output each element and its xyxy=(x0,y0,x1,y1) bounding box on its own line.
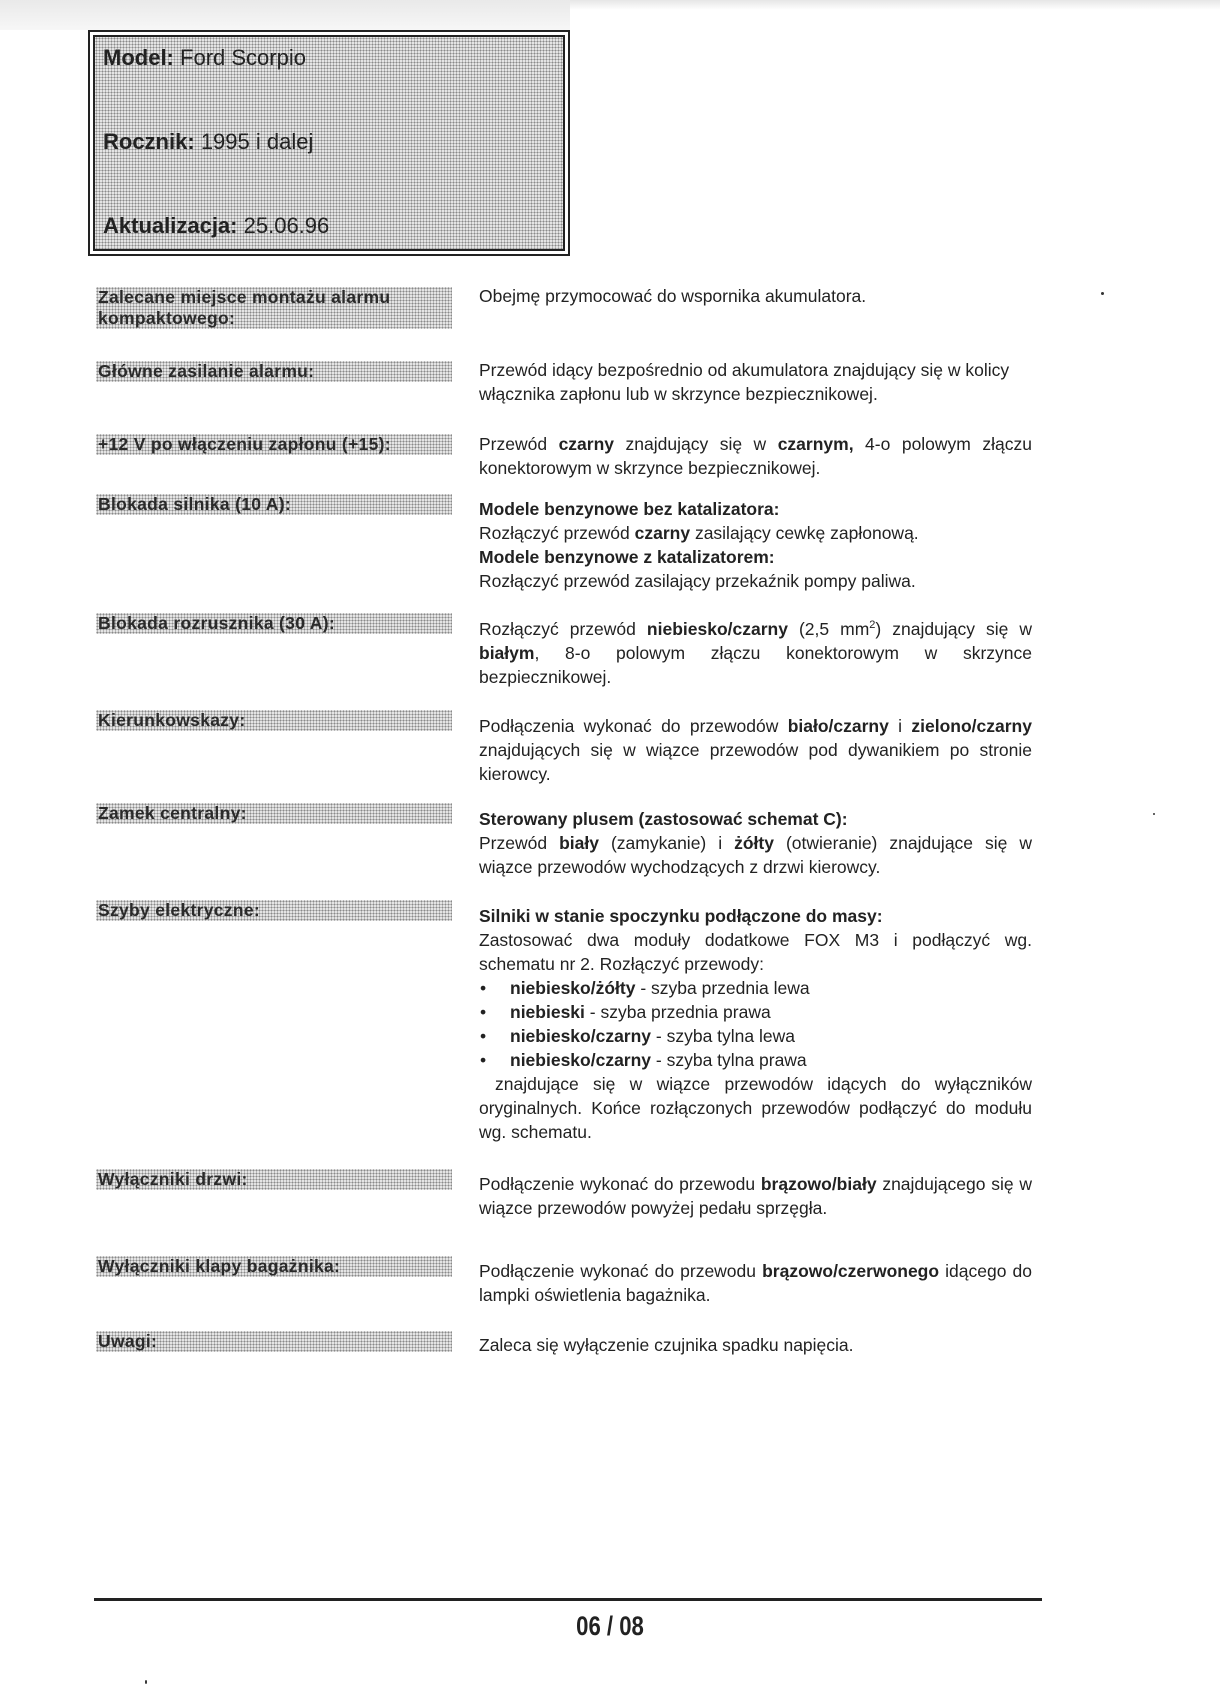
row-text-turn-signals: Podłączenia wykonać do przewodów biało/c… xyxy=(479,714,1032,786)
list-item: niebiesko/żółty - szyba przednia lewa xyxy=(479,976,1032,1000)
model-label: Model: xyxy=(103,45,174,70)
wire-list: niebiesko/żółty - szyba przednia lewa ni… xyxy=(479,976,1032,1072)
row-text-main-power: Przewód idący bezpośrednio od akumulator… xyxy=(479,358,1032,406)
scan-speck xyxy=(1101,292,1104,295)
year-label: Rocznik: xyxy=(103,129,195,154)
update-value: 25.06.96 xyxy=(244,213,330,238)
row-text-trunk-switches: Podłączenie wykonać do przewodu brązowo/… xyxy=(479,1259,1032,1307)
scan-speck xyxy=(1153,813,1155,815)
row-text-mounting-location: Obejmę przymocować do wspornika akumulat… xyxy=(479,284,1032,308)
year-value: 1995 i dalej xyxy=(201,129,314,154)
subheading-plus-controlled: Sterowany plusem (zastosować schemat C): xyxy=(479,809,848,829)
row-label-power-windows: Szyby elektryczne: xyxy=(96,900,452,921)
footer-divider xyxy=(94,1598,1042,1601)
row-text-central-lock: Sterowany plusem (zastosować schemat C):… xyxy=(479,807,1032,879)
row-label-notes: Uwagi: xyxy=(96,1331,452,1352)
row-label-turn-signals: Kierunkowskazy: xyxy=(96,710,452,731)
row-label-mounting-location: Zalecane miejsce montażu alarmu kompakto… xyxy=(96,287,452,329)
row-label-main-power: Główne zasilanie alarmu: xyxy=(96,361,452,382)
list-item: niebieski - szyba przednia prawa xyxy=(479,1000,1032,1024)
subheading-no-catalyst: Modele benzynowe bez katalizatora: xyxy=(479,499,779,519)
model-line: Model: Ford Scorpio xyxy=(103,45,306,71)
row-text-notes: Zaleca się wyłączenie czujnika spadku na… xyxy=(479,1333,1032,1357)
vehicle-info-inner: Model: Ford Scorpio Rocznik: 1995 i dale… xyxy=(93,35,565,251)
page-number: 06 / 08 xyxy=(110,1611,1110,1642)
year-line: Rocznik: 1995 i dalej xyxy=(103,129,313,155)
update-line: Aktualizacja: 25.06.96 xyxy=(103,213,329,239)
row-text-power-windows: Silniki w stanie spoczynku podłączone do… xyxy=(479,904,1032,1144)
vehicle-info-box: Model: Ford Scorpio Rocznik: 1995 i dale… xyxy=(88,30,570,256)
row-label-engine-immobilizer: Blokada silnika (10 A): xyxy=(96,494,452,515)
list-item: niebiesko/czarny - szyba tylna prawa xyxy=(479,1048,1032,1072)
row-label-central-lock: Zamek centralny: xyxy=(96,803,452,824)
row-text-door-switches: Podłączenie wykonać do przewodu brązowo/… xyxy=(479,1172,1032,1220)
row-text-ignition-12v: Przewód czarny znajdujący się w czarnym,… xyxy=(479,432,1032,480)
row-label-door-switches: Wyłączniki drzwi: xyxy=(96,1169,452,1190)
row-text-engine-immobilizer: Modele benzynowe bez katalizatora: Rozłą… xyxy=(479,497,1032,593)
row-label-ignition-12v: +12 V po włączeniu zapłonu (+15): xyxy=(96,434,452,455)
subheading-with-catalyst: Modele benzynowe z katalizatorem: xyxy=(479,547,775,567)
list-item: niebiesko/czarny - szyba tylna lewa xyxy=(479,1024,1032,1048)
row-label-trunk-switches: Wyłączniki klapy bagażnika: xyxy=(96,1256,452,1277)
model-value: Ford Scorpio xyxy=(180,45,306,70)
scan-shading-top-left xyxy=(0,0,570,30)
update-label: Aktualizacja: xyxy=(103,213,238,238)
row-label-starter-immobilizer: Blokada rozrusznika (30 A): xyxy=(96,613,452,634)
subheading-motors-grounded: Silniki w stanie spoczynku podłączone do… xyxy=(479,906,883,926)
scan-speck xyxy=(145,1680,147,1684)
row-text-starter-immobilizer: Rozłączyć przewód niebiesko/czarny (2,5 … xyxy=(479,617,1032,689)
